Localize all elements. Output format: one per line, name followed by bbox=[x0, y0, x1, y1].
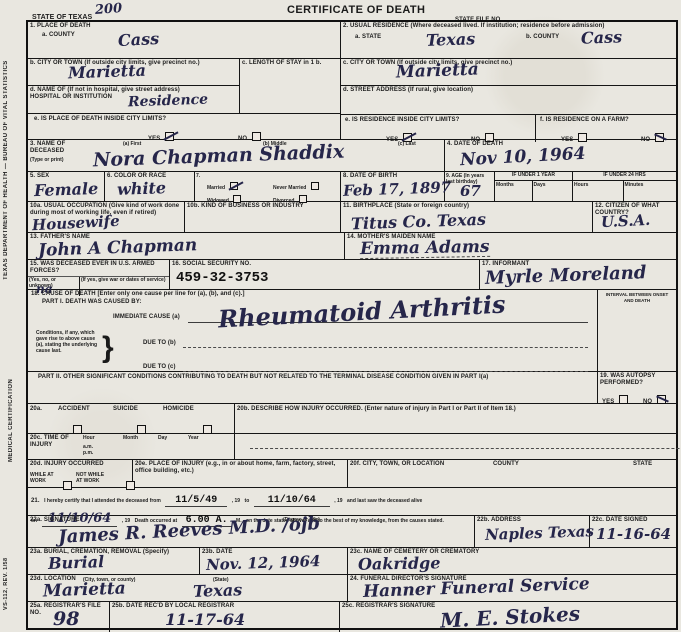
residence-state-label: a. STATE bbox=[355, 34, 381, 41]
section-usual-residence: 2. USUAL RESIDENCE (Where deceased lived… bbox=[341, 22, 676, 139]
sex-value: Female bbox=[34, 181, 99, 199]
section-physician-address: 22b. ADDRESS Naples Texas bbox=[475, 516, 590, 547]
sex-label: 5. SEX bbox=[30, 173, 49, 180]
row-registrar: 25a. REGISTRAR'S FILE NO. 98 25b. DATE R… bbox=[28, 602, 676, 632]
section-registrar-signature: 25c. REGISTRAR'S SIGNATURE M. E. Stokes bbox=[340, 602, 676, 632]
signature-label: 22a. SIGNATURE bbox=[30, 517, 80, 524]
ampm-label: a.m. p.m. bbox=[83, 444, 103, 456]
section-marital-status: 7. Married Never Married Widowed Divorce… bbox=[195, 172, 341, 201]
never-married-checkbox bbox=[311, 182, 319, 190]
due-to-b-line bbox=[183, 347, 588, 348]
months-label: Months bbox=[495, 181, 533, 201]
section-name-of-deceased: 3. NAME OF DECEASED (Type or print) (a) … bbox=[28, 140, 445, 171]
page-title: CERTIFICATE OF DEATH bbox=[287, 4, 425, 16]
address-label: 22b. ADDRESS bbox=[477, 517, 521, 524]
hour-label: Hour bbox=[83, 435, 95, 441]
armed-forces-sub2: (If yes, give war or dates of service) bbox=[81, 277, 166, 283]
if-under-24-hrs-label: IF UNDER 24 HRS bbox=[573, 172, 676, 181]
section-burial-location: 23d. LOCATION (City, town, or county) (S… bbox=[28, 575, 348, 601]
to-label: to bbox=[245, 498, 250, 504]
physician-address-value: Naples Texas bbox=[485, 524, 594, 543]
row-physician-signature: 22a. SIGNATURE (Degree or title) James R… bbox=[28, 516, 676, 548]
hospital-or-institution-value: Residence bbox=[128, 93, 209, 110]
burial-type-value: Burial bbox=[48, 554, 105, 572]
location-state-value: Texas bbox=[193, 582, 243, 600]
section-date-signed: 22c. DATE SIGNED 11-16-64 bbox=[590, 516, 676, 547]
no-checkbox-checked bbox=[657, 395, 666, 404]
section-place-of-death: 1. PLACE OF DEATH a. COUNTY Cass b. CITY… bbox=[28, 22, 341, 139]
row-part2-autopsy: PART II. OTHER SIGNIFICANT CONDITIONS CO… bbox=[28, 372, 676, 404]
fathers-name-value: John A Chapman bbox=[38, 237, 198, 260]
place-of-death-title: 1. PLACE OF DEATH bbox=[30, 23, 91, 30]
margin-form-number: VS-112, REV. 1/58 bbox=[3, 540, 9, 628]
days-label: Days bbox=[533, 181, 572, 201]
section-birthplace: 11. BIRTHPLACE (State or foreign country… bbox=[341, 202, 593, 232]
location-city-value: Marietta bbox=[43, 581, 126, 601]
section-burial-type: 23a. BURIAL, CREMATION, REMOVAL (Specify… bbox=[28, 548, 200, 574]
not-while-at-work-label: NOT WHILE AT WORK bbox=[76, 472, 106, 484]
section-color-or-race: 6. COLOR OR RACE white bbox=[105, 172, 195, 201]
row-cause-of-death: 18. CAUSE OF DEATH [Enter only one cause… bbox=[28, 290, 676, 372]
section-usual-occupation: 10a. USUAL OCCUPATION (Give kind of work… bbox=[28, 202, 185, 232]
birthplace-label: 11. BIRTHPLACE (State or foreign country… bbox=[343, 203, 469, 210]
death-certificate-scan: { "header": {"state": "STATE OF TEXAS", … bbox=[0, 0, 681, 632]
attended-from-date: 11/5/49 bbox=[165, 495, 227, 507]
section-age: 9. AGE (In years last birthday) 67 bbox=[445, 172, 495, 201]
due-to-c-label: DUE TO (c) bbox=[143, 364, 176, 371]
section-injury-blank bbox=[235, 434, 676, 459]
autopsy-label: 19. WAS AUTOPSY PERFORMED? bbox=[600, 373, 675, 387]
street-address-label: d. STREET ADDRESS (If rural, give locati… bbox=[343, 87, 593, 94]
part2-label: PART II. OTHER SIGNIFICANT CONDITIONS CO… bbox=[38, 374, 588, 381]
accident-checkbox bbox=[73, 425, 82, 434]
state-column-label: STATE bbox=[633, 461, 652, 468]
armed-forces-label: 15. WAS DECEASED EVER IN U.S. ARMED FORC… bbox=[28, 260, 169, 277]
date-signed-label: 22c. DATE SIGNED bbox=[592, 517, 648, 524]
describe-injury-label: 20b. DESCRIBE HOW INJURY OCCURRED. (Ente… bbox=[237, 406, 657, 413]
row-accident-injury: 20a. ACCIDENT SUICIDE HOMICIDE 20b. DESC… bbox=[28, 404, 676, 434]
accident-label: ACCIDENT bbox=[58, 406, 90, 413]
name-of-deceased-label: 3. NAME OF DECEASED bbox=[30, 141, 85, 155]
row-occupation-birthplace: 10a. USUAL OCCUPATION (Give kind of work… bbox=[28, 202, 676, 233]
county-value: Cass bbox=[118, 31, 160, 49]
residence-inside-city-limits-label: e. IS RESIDENCE INSIDE CITY LIMITS? bbox=[345, 117, 459, 124]
county-column-label: COUNTY bbox=[493, 461, 519, 468]
injury-answer-line bbox=[250, 448, 681, 449]
physician-signature-value: James R. Reeves M.D. /ojb bbox=[58, 515, 321, 547]
due-to-b-label: DUE TO (b) bbox=[143, 340, 176, 347]
section-armed-forces: 15. WAS DECEASED EVER IN U.S. ARMED FORC… bbox=[28, 260, 170, 289]
registrar-signature-value: M. E. Stokes bbox=[440, 603, 581, 630]
item-21-number: 21. bbox=[31, 498, 40, 504]
residence-city-value: Marietta bbox=[396, 62, 479, 82]
certificate-form: 1. PLACE OF DEATH a. COUNTY Cass b. CITY… bbox=[26, 20, 678, 630]
county-label: a. COUNTY bbox=[42, 32, 75, 39]
section-city-county-state: 20f. CITY, TOWN, OR LOCATION COUNTY STAT… bbox=[348, 460, 676, 487]
section-autopsy: 19. WAS AUTOPSY PERFORMED? YES NO bbox=[598, 372, 676, 403]
residence-county-label: b. COUNTY bbox=[526, 34, 559, 41]
section-sex: 5. SEX Female bbox=[28, 172, 105, 201]
section-place-of-injury: 20e. PLACE OF INJURY (e.g., in or about … bbox=[133, 460, 348, 487]
section-accident-suicide-homicide: 20a. ACCIDENT SUICIDE HOMICIDE bbox=[28, 404, 235, 433]
mothers-maiden-name-value: Emma Adams bbox=[360, 239, 490, 259]
year-label: Year bbox=[188, 435, 199, 441]
attended-to-date: 11/10/64 bbox=[254, 495, 330, 507]
first-name-label: (a) First bbox=[123, 141, 141, 147]
conditions-note: Conditions, if any, which gave rise to a… bbox=[36, 330, 98, 354]
date-received-value: 11-17-64 bbox=[165, 612, 245, 628]
interval-label: INTERVAL BETWEEN ONSET AND DEATH bbox=[601, 291, 673, 303]
hours-label: Hours bbox=[573, 181, 624, 201]
last-name-label: (c) Last bbox=[398, 141, 416, 147]
suicide-label: SUICIDE bbox=[113, 406, 138, 413]
section-describe-injury: 20b. DESCRIBE HOW INJURY OCCURRED. (Ente… bbox=[235, 404, 676, 433]
year-19-a: , 19 bbox=[232, 498, 240, 504]
section-date-of-death: 4. DATE OF DEATH Nov 10, 1964 bbox=[445, 140, 676, 171]
residence-on-farm-label: f. IS RESIDENCE ON A FARM? bbox=[540, 117, 629, 124]
row-burial: 23a. BURIAL, CREMATION, REMOVAL (Specify… bbox=[28, 548, 676, 575]
residence-county-value: Cass bbox=[581, 29, 623, 46]
color-or-race-value: white bbox=[117, 180, 167, 198]
homicide-label: HOMICIDE bbox=[163, 406, 194, 413]
while-at-work-label: WHILE AT WORK bbox=[30, 472, 58, 484]
row-name-date: 3. NAME OF DECEASED (Type or print) (a) … bbox=[28, 140, 676, 172]
section-mothers-maiden-name: 14. MOTHER'S MAIDEN NAME Emma Adams bbox=[345, 233, 676, 259]
registrar-file-no-value: 98 bbox=[53, 610, 79, 629]
date-of-birth-label: 8. DATE OF BIRTH bbox=[343, 173, 397, 180]
age-value: 67 bbox=[460, 184, 481, 199]
immediate-cause-label: IMMEDIATE CAUSE (a) bbox=[113, 314, 180, 321]
city-or-town-value: Marietta bbox=[68, 63, 146, 82]
section-interval-column: INTERVAL BETWEEN ONSET AND DEATH bbox=[598, 290, 676, 371]
certify-text-1: I hereby certify that I attended the dec… bbox=[44, 498, 161, 504]
top-region: 1. PLACE OF DEATH a. COUNTY Cass b. CITY… bbox=[28, 22, 676, 140]
margin-department-label: TEXAS DEPARTMENT OF HEALTH — BUREAU OF V… bbox=[3, 25, 9, 315]
if-under-1-year-label: IF UNDER 1 YEAR bbox=[495, 172, 572, 181]
cause-of-death-label: 18. CAUSE OF DEATH [Enter only one cause… bbox=[28, 290, 597, 299]
month-label: Month bbox=[123, 435, 138, 441]
year-19-b: , 19 bbox=[334, 498, 342, 504]
row-time-of-injury: 20c. TIME OF INJURY Hour a.m. p.m. Month… bbox=[28, 434, 676, 460]
row-armed-forces-ssn: 15. WAS DECEASED EVER IN U.S. ARMED FORC… bbox=[28, 260, 676, 290]
place-of-injury-label: 20e. PLACE OF INJURY (e.g., in or about … bbox=[135, 461, 340, 475]
date-signed-value: 11-16-64 bbox=[596, 527, 671, 542]
kind-of-business-label: 10b. KIND OF BUSINESS OR INDUSTRY bbox=[187, 203, 332, 210]
funeral-director-signature: Hanner Funeral Service bbox=[363, 576, 590, 601]
marital-item-number: 7. bbox=[196, 173, 200, 179]
section-date-of-birth: 8. DATE OF BIRTH Feb 17, 1897 bbox=[341, 172, 445, 201]
date-of-death-label: 4. DATE OF DEATH bbox=[447, 141, 503, 148]
usual-residence-title: 2. USUAL RESIDENCE (Where deceased lived… bbox=[343, 23, 673, 30]
burial-date-value: Nov. 12, 1964 bbox=[206, 554, 321, 573]
row-certification: 21. I hereby certify that I attended the… bbox=[28, 488, 676, 516]
section-part2: PART II. OTHER SIGNIFICANT CONDITIONS CO… bbox=[28, 372, 598, 403]
section-if-under-24-hrs: IF UNDER 24 HRS Hours Minutes bbox=[573, 172, 676, 201]
section-time-of-injury: 20c. TIME OF INJURY Hour a.m. p.m. Month… bbox=[28, 434, 235, 459]
section-burial-date: 23b. DATE Nov. 12, 1964 bbox=[200, 548, 348, 574]
item-20a-number: 20a. bbox=[30, 406, 42, 413]
row-parents: 13. FATHER'S NAME John A Chapman 14. MOT… bbox=[28, 233, 676, 260]
margin-medical-certification-label: MEDICAL CERTIFICATION bbox=[8, 345, 14, 495]
section-cause-of-death: 18. CAUSE OF DEATH [Enter only one cause… bbox=[28, 290, 598, 371]
time-of-injury-label: 20c. TIME OF INJURY bbox=[30, 435, 70, 449]
social-security-value: 459-32-3753 bbox=[176, 270, 268, 286]
city-town-location-label: 20f. CITY, TOWN, OR LOCATION bbox=[350, 461, 444, 468]
length-of-stay-label: c. LENGTH OF STAY in 1 b. bbox=[242, 60, 332, 67]
section-fathers-name: 13. FATHER'S NAME John A Chapman bbox=[28, 233, 345, 259]
certify-text-2: and last saw the deceased alive bbox=[347, 498, 422, 504]
injury-occurred-label: 20d. INJURY OCCURRED bbox=[30, 461, 104, 468]
section-date-received: 25b. DATE REC'D BY LOCAL REGISTRAR 11-17… bbox=[110, 602, 340, 632]
citizen-value: U.S.A. bbox=[601, 213, 651, 231]
section-physician-signature: 22a. SIGNATURE (Degree or title) James R… bbox=[28, 516, 475, 547]
section-informant: 17. INFORMANT Myrle Moreland bbox=[480, 260, 676, 289]
homicide-checkbox bbox=[203, 425, 212, 434]
section-social-security: 16. SOCIAL SECURITY NO. 459-32-3753 bbox=[170, 260, 480, 289]
section-registrar-file-no: 25a. REGISTRAR'S FILE NO. 98 bbox=[28, 602, 110, 632]
row-sex-race-age: 5. SEX Female 6. COLOR OR RACE white 7. … bbox=[28, 172, 676, 202]
date-of-death-value: Nov 10, 1964 bbox=[460, 146, 586, 170]
header-handwritten-number: 200 bbox=[95, 2, 123, 17]
brace-glyph: } bbox=[102, 330, 114, 366]
section-kind-of-business: 10b. KIND OF BUSINESS OR INDUSTRY bbox=[185, 202, 341, 232]
suicide-checkbox bbox=[137, 425, 146, 434]
social-security-label: 16. SOCIAL SECURITY NO. bbox=[172, 261, 251, 268]
registrar-signature-label: 25c. REGISTRAR'S SIGNATURE bbox=[342, 603, 435, 610]
section-injury-occurred: 20d. INJURY OCCURRED WHILE AT WORK NOT W… bbox=[28, 460, 133, 487]
cemetery-value: Oakridge bbox=[358, 555, 441, 572]
section-cemetery-name: 23c. NAME OF CEMETERY OR CREMATORY Oakri… bbox=[348, 548, 676, 574]
residence-state-value: Texas bbox=[426, 31, 476, 49]
date-of-birth-value: Feb 17, 1897 bbox=[343, 180, 452, 199]
day-label: Day bbox=[158, 435, 167, 441]
type-or-print-label: (Type or print) bbox=[30, 157, 64, 163]
yes-checkbox bbox=[619, 395, 628, 404]
place-inside-city-limits-label: e. IS PLACE OF DEATH INSIDE CITY LIMITS? bbox=[34, 116, 166, 123]
section-citizen: 12. CITIZEN OF WHAT COUNTRY? U.S.A. bbox=[593, 202, 676, 232]
row-location-funeral-director: 23d. LOCATION (City, town, or county) (S… bbox=[28, 575, 676, 602]
section-funeral-director: 24. FUNERAL DIRECTOR'S SIGNATURE Hanner … bbox=[348, 575, 676, 601]
date-received-label: 25b. DATE REC'D BY LOCAL REGISTRAR bbox=[112, 603, 234, 610]
row-injury-location: 20d. INJURY OCCURRED WHILE AT WORK NOT W… bbox=[28, 460, 676, 488]
informant-signature: Myrle Moreland bbox=[485, 264, 647, 288]
section-if-under-1-year: IF UNDER 1 YEAR Months Days bbox=[495, 172, 573, 201]
minutes-label: Minutes bbox=[624, 181, 676, 201]
birthplace-value: Titus Co. Texas bbox=[351, 212, 486, 233]
usual-occupation-value: Housewife bbox=[32, 214, 120, 234]
